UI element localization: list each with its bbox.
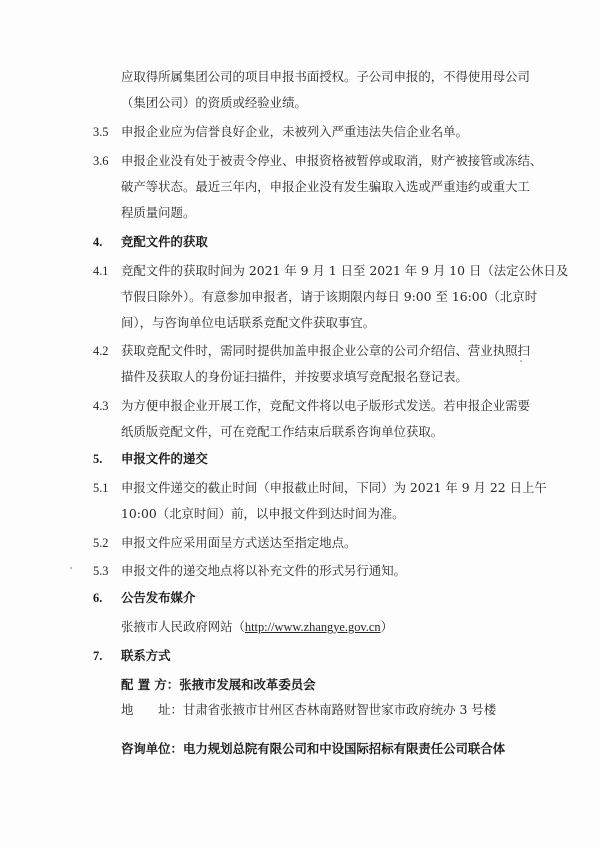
section-number-5: 5. — [93, 451, 102, 467]
clause-number-5-3: 5.3 — [93, 563, 109, 579]
consultant-value: 电力规划总院有限公司和中设国际招标有限责任公司联合体 — [183, 741, 505, 756]
clause-4-2-line-1: 获取竞配文件时，需同时提供加盖申报企业公章的公司介绍信、营业执照扫 — [121, 343, 530, 359]
allocator-value: 张掖市发展和改革委员会 — [179, 677, 315, 692]
clause-5-3-line-1: 申报文件的递交地点将以补充文件的形式另行通知。 — [121, 563, 406, 579]
section-number-7: 7. — [93, 648, 102, 664]
section-7-title: 联系方式 — [121, 648, 171, 664]
clause-5-1-line-2: 10:00（北京时间）前，以申报文件到达时间为准。 — [121, 506, 405, 522]
address-label: 地 址： — [121, 702, 183, 717]
clause-number-5-1: 5.1 — [93, 480, 109, 496]
clause-number-4-2: 4.2 — [93, 343, 109, 359]
clause-3-6-line-1: 申报企业没有处于被责令停业、申报资格被暂停或取消，财产被接管或冻结、 — [121, 153, 542, 169]
scan-speck — [70, 567, 72, 569]
scan-speck — [520, 360, 522, 362]
media-prefix: 张掖市人民政府网站（ — [121, 619, 245, 634]
clause-number-3-5: 3.5 — [93, 124, 109, 140]
media-line: 张掖市人民政府网站（http://www.zhangye.gov.cn） — [121, 619, 393, 635]
allocator-label: 配 置 方： — [121, 677, 179, 692]
clause-4-3-line-2: 纸质版竞配文件，可在竞配工作结束后联系咨询单位获取。 — [121, 424, 443, 440]
clause-number-3-6: 3.6 — [93, 153, 109, 169]
clause-3-5-line-1: 申报企业应为信誉良好企业，未被列入严重违法失信企业名单。 — [121, 124, 468, 140]
clause-3-6-line-3: 程质量问题。 — [121, 205, 195, 221]
address-line: 地 址：甘肃省张掖市甘州区杏林南路财智世家市政府统办 3 号楼 — [121, 702, 496, 718]
clause-4-1-line-3: 间），与咨询单位电话联系竞配文件获取事宜。 — [121, 315, 375, 331]
website-link[interactable]: http://www.zhangye.gov.cn — [245, 620, 381, 634]
section-6-title: 公告发布媒介 — [121, 590, 195, 606]
address-value: 甘肃省张掖市甘州区杏林南路财智世家市政府统办 3 号楼 — [183, 702, 496, 717]
intro-line-2: （集团公司）的资质或经验业绩。 — [121, 95, 307, 111]
section-5-title: 申报文件的递交 — [121, 451, 208, 467]
media-suffix: ） — [381, 619, 393, 634]
clause-3-6-line-2: 破产等状态。最近三年内，申报企业没有发生骗取入选或严重违约或重大工 — [121, 179, 530, 195]
clause-number-4-1: 4.1 — [93, 263, 109, 279]
consultant-label: 咨询单位： — [121, 741, 183, 756]
clause-number-4-3: 4.3 — [93, 398, 109, 414]
consultant-line: 咨询单位：电力规划总院有限公司和中设国际招标有限责任公司联合体 — [121, 741, 505, 757]
clause-number-5-2: 5.2 — [93, 535, 109, 551]
clause-4-2-line-2: 描件及获取人的身份证扫描件，并按要求填写竞配报名登记表。 — [121, 369, 468, 385]
allocator-line: 配 置 方：张掖市发展和改革委员会 — [121, 677, 316, 693]
clause-4-1-line-2: 节假日除外）。有意参加申报者，请于该期限内每日 9:00 至 16:00（北京时 — [121, 289, 537, 305]
clause-4-1-line-1: 竞配文件的获取时间为 2021 年 9 月 1 日至 2021 年 9 月 10… — [121, 263, 568, 279]
section-4-title: 竞配文件的获取 — [121, 234, 208, 250]
intro-line-1: 应取得所属集团公司的项目申报书面授权。子公司申报的，不得使用母公司 — [121, 69, 530, 85]
clause-4-3-line-1: 为方便申报企业开展工作，竞配文件将以电子版形式发送。若申报企业需要 — [121, 398, 530, 414]
clause-5-2-line-1: 申报文件应采用面呈方式送达至指定地点。 — [121, 535, 356, 551]
section-number-6: 6. — [93, 590, 102, 606]
document-page: 应取得所属集团公司的项目申报书面授权。子公司申报的，不得使用母公司 （集团公司）… — [0, 0, 600, 848]
clause-5-1-line-1: 申报文件递交的截止时间（申报截止时间，下同）为 2021 年 9 月 22 日上… — [121, 480, 547, 496]
section-number-4: 4. — [93, 234, 102, 250]
